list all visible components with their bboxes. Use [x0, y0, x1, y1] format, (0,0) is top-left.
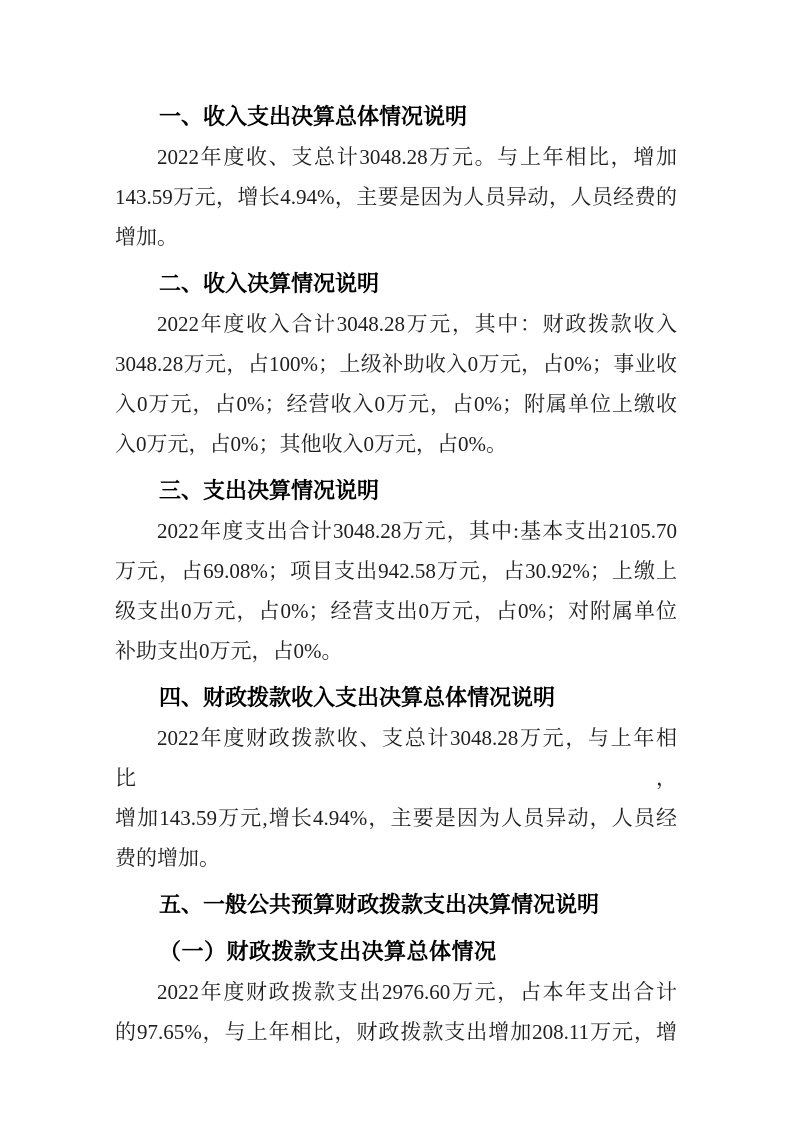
paragraph-line: 2022年度财政拨款收、支总计3048.28万元，与上年相比，	[115, 718, 677, 798]
heading-section-1: 一、收入支出决算总体情况说明	[115, 97, 677, 137]
paragraph-line: 级支出0万元，占0%；经营支出0万元，占0%；对附属单位	[115, 591, 677, 631]
paragraph-line: 2022年度收、支总计3048.28万元。与上年相比，增加	[115, 137, 677, 177]
paragraph-line: 万元，占69.08%；项目支出942.58万元，占30.92%；上缴上	[115, 551, 677, 591]
heading-section-2: 二、收入决算情况说明	[115, 264, 677, 304]
paragraph-line: 补助支出0万元，占0%。	[115, 631, 677, 671]
paragraph-line: 入0万元，占0%；其他收入0万元，占0%。	[115, 424, 677, 464]
paragraph-line: 的97.65%，与上年相比，财政拨款支出增加208.11万元，增	[115, 1012, 677, 1052]
paragraph-line: 2022年度支出合计3048.28万元，其中:基本支出2105.70	[115, 511, 677, 551]
heading-section-5: 五、一般公共预算财政拨款支出决算情况说明	[115, 885, 677, 925]
paragraph-line: 入0万元，占0%；经营收入0万元，占0%；附属单位上缴收	[115, 384, 677, 424]
heading-section-3: 三、支出决算情况说明	[115, 471, 677, 511]
paragraph-line: 2022年度财政拨款支出2976.60万元，占本年支出合计	[115, 972, 677, 1012]
paragraph-line: 增加143.59万元,增长4.94%，主要是因为人员异动，人员经	[115, 798, 677, 838]
heading-section-4: 四、财政拨款收入支出决算总体情况说明	[115, 678, 677, 718]
paragraph-line: 3048.28万元，占100%；上级补助收入0万元，占0%；事业收	[115, 344, 677, 384]
paragraph-line: 增加。	[115, 217, 677, 257]
paragraph-line: 2022年度收入合计3048.28万元，其中：财政拨款收入	[115, 304, 677, 344]
document-body: 一、收入支出决算总体情况说明 2022年度收、支总计3048.28万元。与上年相…	[115, 90, 677, 1052]
paragraph-line: 143.59万元，增长4.94%，主要是因为人员异动，人员经费的	[115, 177, 677, 217]
paragraph-line: 费的增加。	[115, 838, 677, 878]
document-page: 一、收入支出决算总体情况说明 2022年度收、支总计3048.28万元。与上年相…	[0, 0, 793, 1122]
heading-subsection-5-1: （一）财政拨款支出决算总体情况	[115, 932, 677, 972]
